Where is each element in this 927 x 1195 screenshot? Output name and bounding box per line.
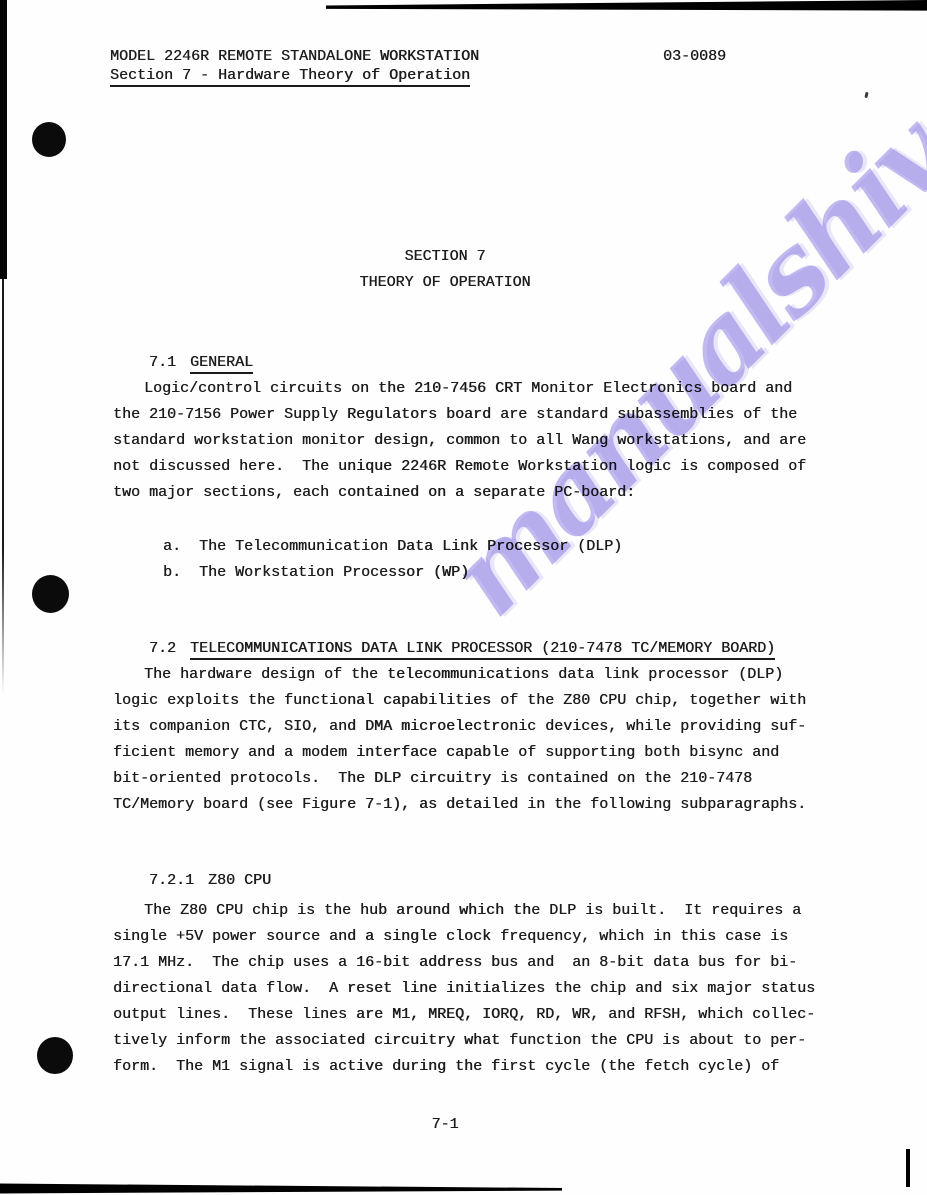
paragraph-line: The Z80 CPU chip is the hub around which… (113, 898, 815, 924)
paragraph-line: the 210-7156 Power Supply Regulators boa… (113, 402, 806, 428)
paragraph-line: standard workstation monitor design, com… (113, 428, 806, 454)
heading-number: 7.2.1 (149, 872, 194, 889)
heading-text: Z80 CPU (208, 872, 271, 889)
scan-edge-left-line (2, 279, 4, 694)
paragraph-line: directional data flow. A reset line init… (113, 976, 815, 1002)
section-subtitle: THEORY OF OPERATION (113, 270, 777, 296)
paragraph-line: Logic/control circuits on the 210-7456 C… (113, 376, 806, 402)
page-footer: 7-1 (113, 1112, 777, 1138)
list-item: b. The Workstation Processor (WP) (163, 560, 622, 586)
binder-hole (32, 575, 69, 613)
paragraph-line: logic exploits the functional capabiliti… (113, 688, 806, 714)
paragraph-line: output lines. These lines are M1, MREQ, … (113, 1002, 815, 1028)
paragraph-line: The hardware design of the telecommunica… (113, 662, 806, 688)
paragraph-7-2-1: The Z80 CPU chip is the hub around which… (113, 898, 815, 1080)
binder-hole (37, 1037, 73, 1074)
scan-speck (864, 92, 868, 98)
heading-number: 7.1 (149, 354, 176, 371)
paragraph-line: tively inform the associated circuitry w… (113, 1028, 815, 1054)
page-header: MODEL 2246R REMOTE STANDALONE WORKSTATIO… (110, 47, 479, 85)
paragraph-line: single +5V power source and a single clo… (113, 924, 815, 950)
scan-edge-right-tick (906, 1149, 910, 1187)
scanned-document-page: MODEL 2246R REMOTE STANDALONE WORKSTATIO… (0, 0, 927, 1195)
page-number: 7-1 (113, 1112, 777, 1138)
scan-edge-bottom (0, 1182, 562, 1195)
paragraph-7-1: Logic/control circuits on the 210-7456 C… (113, 376, 806, 506)
paragraph-line: TC/Memory board (see Figure 7-1), as det… (113, 792, 806, 818)
pc-board-list: a. The Telecommunication Data Link Proce… (163, 534, 622, 586)
paragraph-7-2: The hardware design of the telecommunica… (113, 662, 806, 818)
paragraph-line: ficient memory and a modem interface cap… (113, 740, 806, 766)
binder-hole (32, 122, 66, 157)
list-item: a. The Telecommunication Data Link Proce… (163, 534, 622, 560)
header-title: MODEL 2246R REMOTE STANDALONE WORKSTATIO… (110, 47, 479, 66)
paragraph-line: not discussed here. The unique 2246R Rem… (113, 454, 806, 480)
section-title: SECTION 7 (113, 244, 777, 270)
paragraph-line: bit-oriented protocols. The DLP circuitr… (113, 766, 806, 792)
heading-text: TELECOMMUNICATIONS DATA LINK PROCESSOR (… (190, 640, 775, 660)
paragraph-line: its companion CTC, SIO, and DMA microele… (113, 714, 806, 740)
heading-text: GENERAL (190, 354, 253, 374)
paragraph-line: 17.1 MHz. The chip uses a 16-bit address… (113, 950, 815, 976)
header-subtitle: Section 7 - Hardware Theory of Operation (110, 67, 470, 87)
doc-number: 03-0089 (663, 47, 726, 66)
paragraph-line: two major sections, each contained on a … (113, 480, 806, 506)
section-title-block: SECTION 7 THEORY OF OPERATION (113, 244, 777, 296)
heading-number: 7.2 (149, 640, 176, 657)
paragraph-line: form. The M1 signal is active during the… (113, 1054, 815, 1080)
scan-edge-left-bar (0, 0, 7, 279)
scan-edge-top (326, 0, 927, 13)
